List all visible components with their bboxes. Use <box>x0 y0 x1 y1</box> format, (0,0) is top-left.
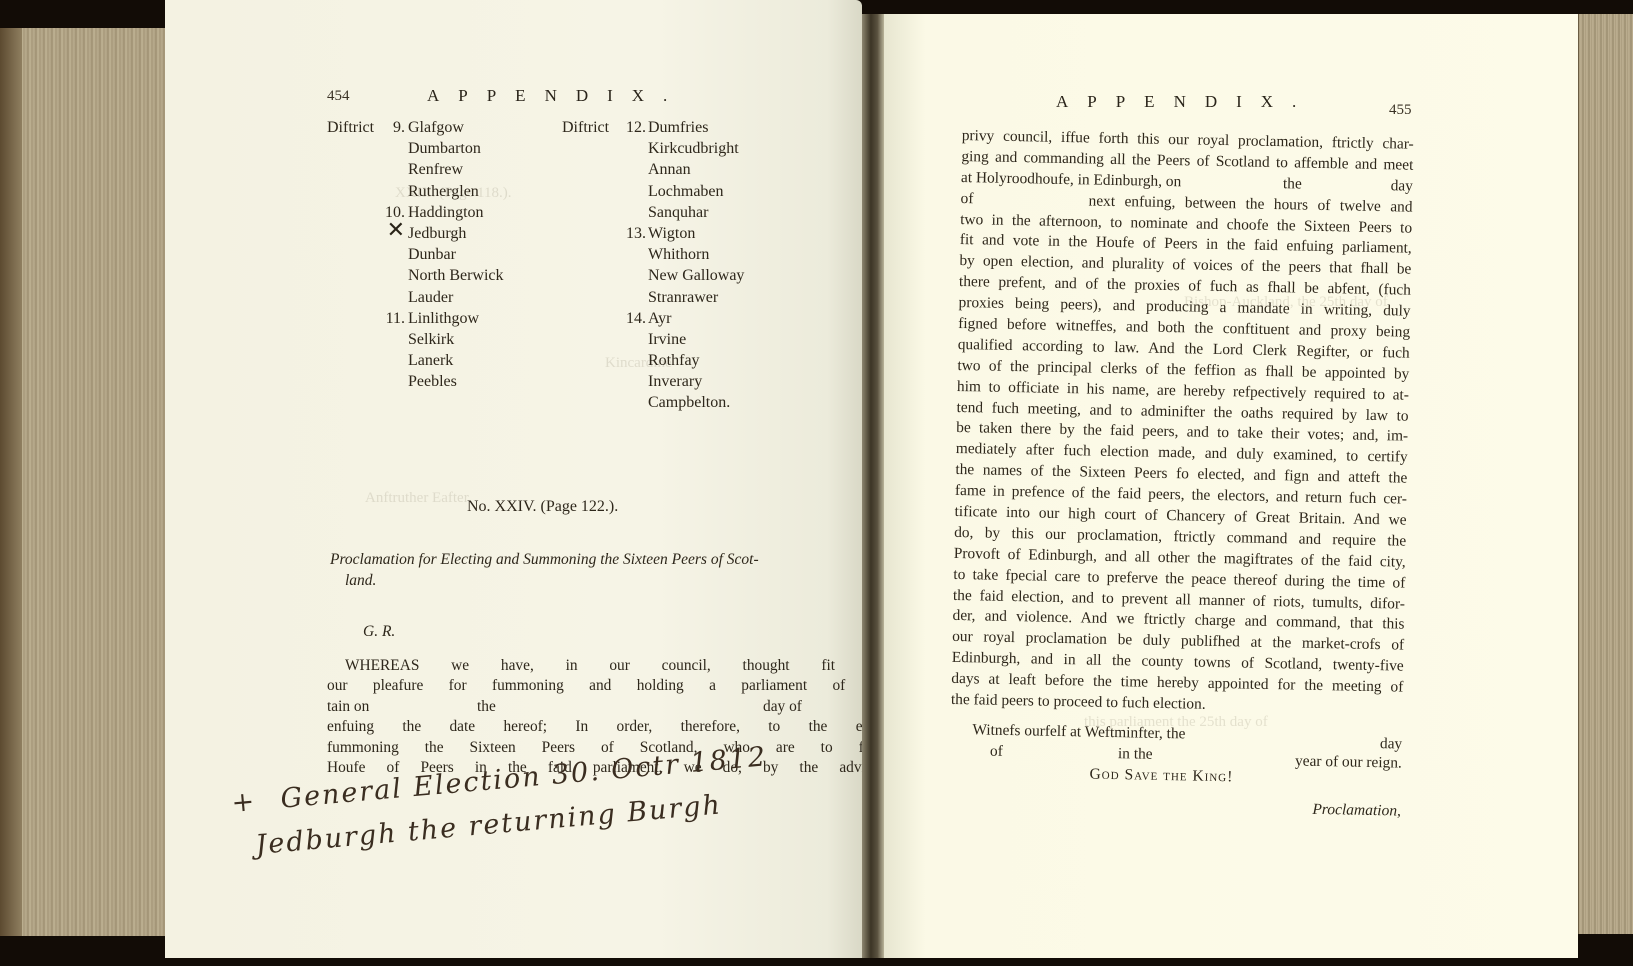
district-list-column-1: Diftrict9.Glafgow Dumbarton Renfrew Ruth… <box>327 117 527 392</box>
closing-god-save-the-king: God Save the King! <box>1089 764 1233 788</box>
left-page-block-edge <box>0 28 166 936</box>
book-gutter <box>862 14 884 958</box>
left-page: 454 APPENDIX. XXIII. (Page 118.). Kincar… <box>165 0 862 958</box>
page-number: 455 <box>1389 102 1412 119</box>
running-header: APPENDIX. <box>427 86 686 106</box>
handwritten-cross-mark: ✕ <box>379 219 405 240</box>
catchword: Proclamation, <box>1312 799 1401 822</box>
page-number: 454 <box>327 88 350 105</box>
right-page-block-edge <box>1578 14 1633 934</box>
district-list-column-2: Diftrict12.Dumfries Kirkcudbright Annan … <box>562 117 792 414</box>
bleed-through-text: Anftruther Eafter <box>365 490 469 507</box>
proclamation-body-right: privy council, iffue forth this our roya… <box>949 126 1414 822</box>
handwritten-plus-marker: + <box>230 786 257 819</box>
proclamation-title-line-1: Proclamation for Electing and Summoning … <box>330 551 759 569</box>
royal-cipher: G. R. <box>363 623 395 641</box>
right-page: APPENDIX. 455 Bishop-Auckland, the 25th … <box>884 14 1578 958</box>
section-heading: No. XXIV. (Page 122.). <box>467 498 618 516</box>
running-header: APPENDIX. <box>1056 92 1315 112</box>
proclamation-title-line-2: land. <box>345 572 376 590</box>
